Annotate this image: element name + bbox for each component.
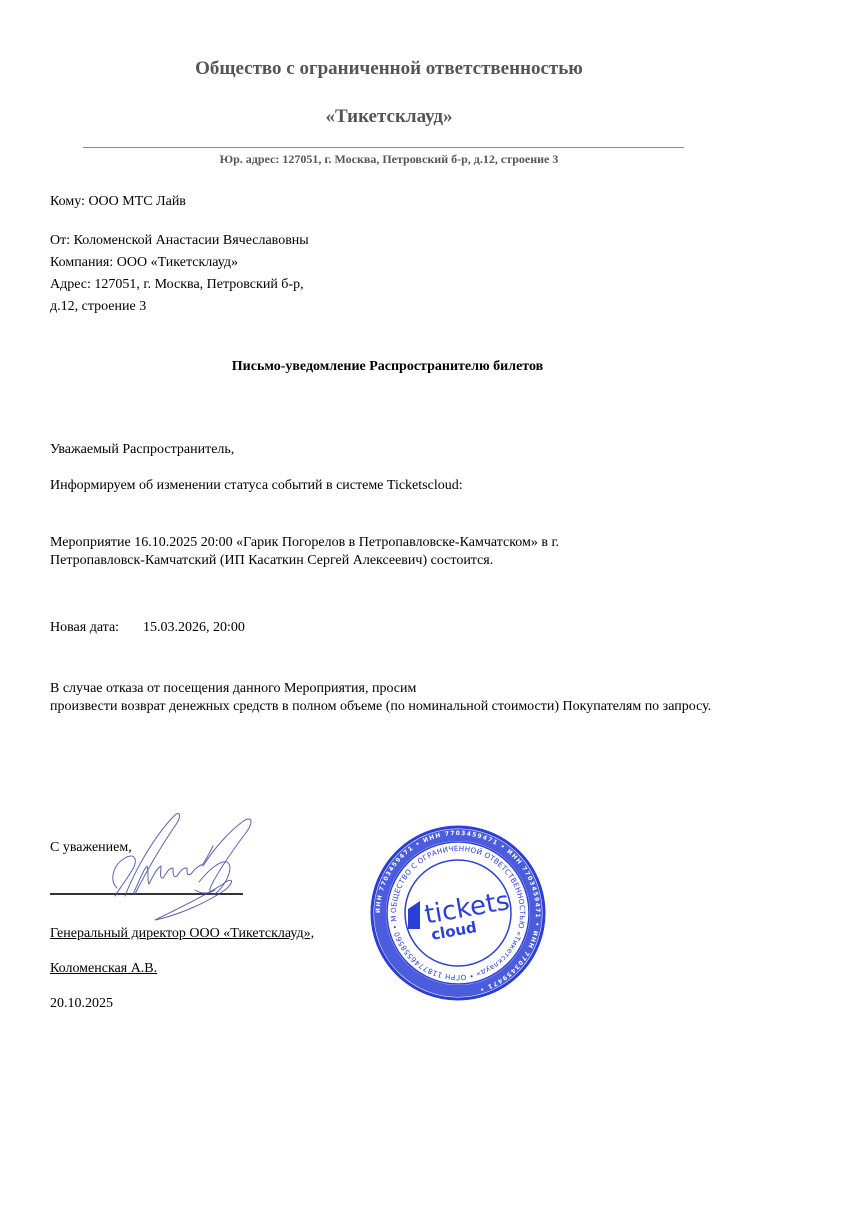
letterhead-divider <box>83 147 684 148</box>
closing-position: Генеральный директор ООО «Тикетсклауд», <box>50 923 314 944</box>
closing-name: Коломенская А.В. <box>50 958 157 979</box>
sender-company: Компания: ООО «Тикетсклауд» <box>50 252 238 273</box>
closing-date: 20.10.2025 <box>50 993 113 1014</box>
intro-text: Информируем об изменении статуса событий… <box>50 475 463 496</box>
recipient-to: Кому: ООО МТС Лайв <box>50 191 186 212</box>
sender-from: От: Коломенской Анастасии Вячеславовны <box>50 230 309 251</box>
greeting: Уважаемый Распространитель, <box>50 439 234 460</box>
new-date-row: Новая дата:15.03.2026, 20:00 <box>50 617 245 638</box>
sender-address-line1: Адрес: 127051, г. Москва, Петровский б-р… <box>50 274 304 295</box>
letterhead-company-line2: «Тикетсклауд» <box>0 106 778 128</box>
letterhead-company-line1: Общество с ограниченной ответственностью <box>0 58 778 80</box>
tickets-cloud-logo: tickets cloud <box>408 886 512 944</box>
signature-image <box>95 810 265 925</box>
refund-line2: произвести возврат денежных средств в по… <box>50 696 711 717</box>
event-line2: Петропавловск-Камчатский (ИП Касаткин Се… <box>50 550 493 571</box>
company-stamp: ИНН 7703459471 • ИНН 7703459471 • ИНН 77… <box>370 825 546 1001</box>
letterhead-legal-address: Юр. адрес: 127051, г. Москва, Петровский… <box>0 152 778 167</box>
new-date-value: 15.03.2026, 20:00 <box>143 620 245 635</box>
letter-subject: Письмо-уведомление Распространителю биле… <box>0 359 775 375</box>
sender-address-line2: д.12, строение 3 <box>50 296 146 317</box>
new-date-label: Новая дата: <box>50 617 143 638</box>
